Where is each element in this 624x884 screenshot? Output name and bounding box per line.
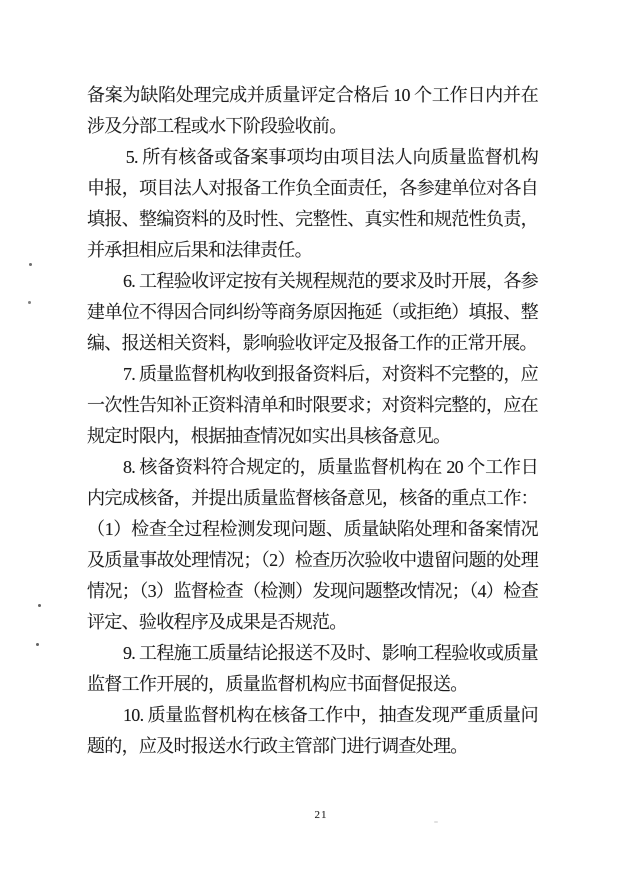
scan-speck: [434, 821, 438, 823]
paragraph-item-8: 8. 核备资料符合规定的，质量监督机构在 20 个工作日内完成核备，并提出质量监…: [87, 452, 538, 638]
scan-speck: [29, 263, 32, 266]
paragraph-continuation: 备案为缺陷处理完成并质量评定合格后 10 个工作日内并在涉及分部工程或水下阶段验…: [87, 80, 538, 142]
scan-speck: [38, 604, 41, 607]
paragraph-item-7: 7. 质量监督机构收到报备资料后，对资料不完整的，应一次性告知补正资料清单和时限…: [87, 359, 538, 452]
paragraph-item-6: 6. 工程验收评定按有关规程规范的要求及时开展，各参建单位不得因合同纠纷等商务原…: [87, 266, 538, 359]
document-page: 备案为缺陷处理完成并质量评定合格后 10 个工作日内并在涉及分部工程或水下阶段验…: [0, 0, 624, 884]
page-number: 21: [0, 809, 624, 821]
paragraph-item-10: 10. 质量监督机构在核备工作中，抽查发现严重质量问题的，应及时报送水行政主管部…: [87, 700, 538, 762]
document-body: 备案为缺陷处理完成并质量评定合格后 10 个工作日内并在涉及分部工程或水下阶段验…: [87, 80, 538, 762]
scan-speck: [36, 643, 39, 646]
scan-speck: [28, 301, 31, 304]
paragraph-item-9: 9. 工程施工质量结论报送不及时、影响工程验收或质量监督工作开展的，质量监督机构…: [87, 638, 538, 700]
paragraph-item-5: 5. 所有核备或备案事项均由项目法人向质量监督机构申报，项目法人对报备工作负全面…: [87, 142, 538, 266]
